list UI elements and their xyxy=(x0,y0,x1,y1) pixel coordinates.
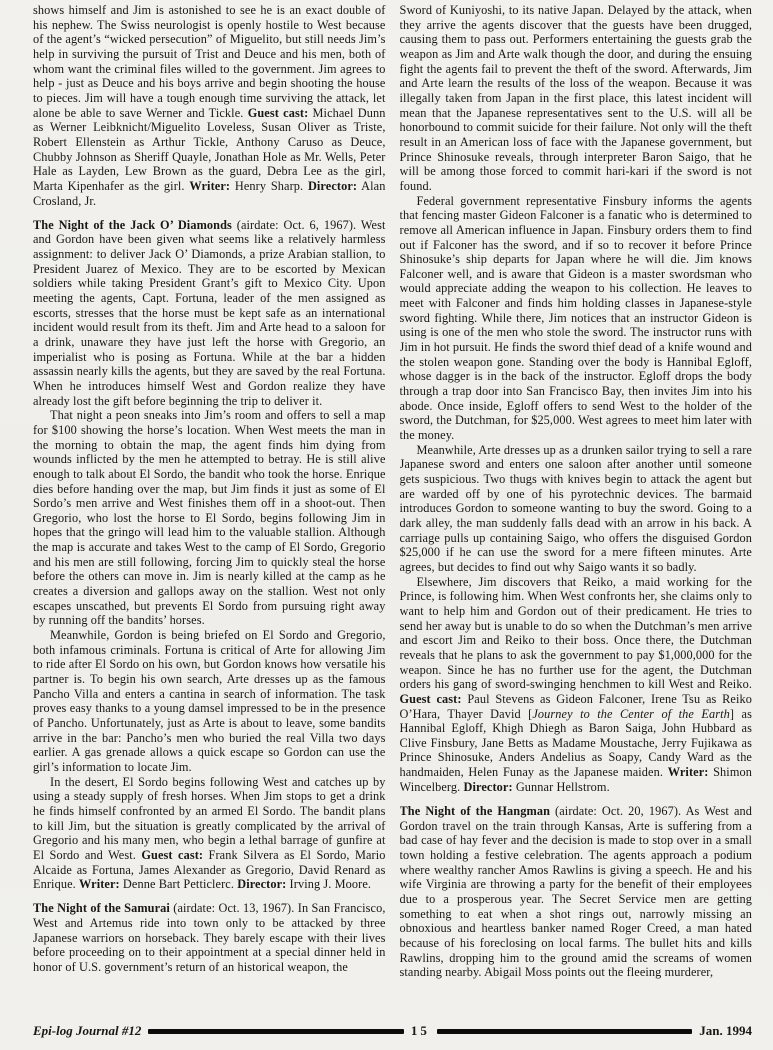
episode-entry-jack-o-diamonds: The Night of the Jack O’ Diamonds (airda… xyxy=(33,218,386,409)
paragraph-finsbury-falconer: Federal government representative Finsbu… xyxy=(400,194,753,443)
bold-label: Writer: xyxy=(189,179,230,193)
issue-date: Jan. 1994 xyxy=(699,1023,752,1039)
right-column: Sword of Kuniyoshi, to its native Japan.… xyxy=(400,3,753,1018)
paragraph-peon-map: That night a peon sneaks into Jim’s room… xyxy=(33,408,386,628)
body-text: (airdate: Oct. 20, 1967). As West and Go… xyxy=(400,804,753,979)
body-text: Henry Sharp. xyxy=(230,179,308,193)
footer-rule-left xyxy=(148,1029,403,1034)
bold-label: Writer: xyxy=(668,765,709,779)
page-footer: Epi-log Journal #12 15 Jan. 1994 xyxy=(33,1020,752,1042)
body-text: That night a peon sneaks into Jim’s room… xyxy=(33,408,386,627)
left-column: shows himself and Jim is astonished to s… xyxy=(33,3,386,1018)
bold-label: The Night of the Jack O’ Diamonds xyxy=(33,218,232,232)
body-text: Sword of Kuniyoshi, to its native Japan.… xyxy=(400,3,753,193)
bold-label: Guest cast: xyxy=(141,848,203,862)
paragraph-reiko-guest-cast: Elsewhere, Jim discovers that Reiko, a m… xyxy=(400,575,753,795)
paragraph-desert-guest-cast: In the desert, El Sordo begins following… xyxy=(33,775,386,892)
body-text: Gunnar Hellstrom. xyxy=(513,780,610,794)
italic-reference: Journey to the Center of the Earth xyxy=(532,707,730,721)
body-text: Denne Bart Petticlerc. xyxy=(120,877,237,891)
bold-label: Writer: xyxy=(79,877,120,891)
bold-label: Director: xyxy=(464,780,513,794)
paragraph-gordon-pancho: Meanwhile, Gordon is being briefed on El… xyxy=(33,628,386,775)
bold-label: Director: xyxy=(237,877,286,891)
body-text: Meanwhile, Arte dresses up as a drunken … xyxy=(400,443,753,574)
bold-label: The Night of the Hangman xyxy=(400,804,551,818)
body-text: Meanwhile, Gordon is being briefed on El… xyxy=(33,628,386,774)
body-text: (airdate: Oct. 6, 1967). West and Gordon… xyxy=(33,218,386,408)
body-text: shows himself and Jim is astonished to s… xyxy=(33,3,386,120)
article-body: shows himself and Jim is astonished to s… xyxy=(33,3,752,1018)
episode-entry-hangman: The Night of the Hangman (airdate: Oct. … xyxy=(400,804,753,980)
paragraph-arte-sailor: Meanwhile, Arte dresses up as a drunken … xyxy=(400,443,753,575)
body-text: Irving J. Moore. xyxy=(286,877,371,891)
bold-label: Director: xyxy=(308,179,357,193)
footer-rule-right xyxy=(437,1029,692,1034)
episode-continuation-samurai: Sword of Kuniyoshi, to its native Japan.… xyxy=(400,3,753,194)
scanned-journal-page: shows himself and Jim is astonished to s… xyxy=(0,0,773,1050)
body-text: Elsewhere, Jim discovers that Reiko, a m… xyxy=(400,575,753,692)
bold-label: Guest cast: xyxy=(400,692,462,706)
page-number: 15 xyxy=(411,1023,430,1039)
episode-continuation-miguelito: shows himself and Jim is astonished to s… xyxy=(33,3,386,208)
bold-label: Guest cast: xyxy=(248,106,309,120)
bold-label: The Night of the Samurai xyxy=(33,901,170,915)
episode-entry-samurai: The Night of the Samurai (airdate: Oct. … xyxy=(33,901,386,974)
journal-title: Epi-log Journal #12 xyxy=(33,1023,141,1039)
body-text: Federal government representative Finsbu… xyxy=(400,194,753,443)
